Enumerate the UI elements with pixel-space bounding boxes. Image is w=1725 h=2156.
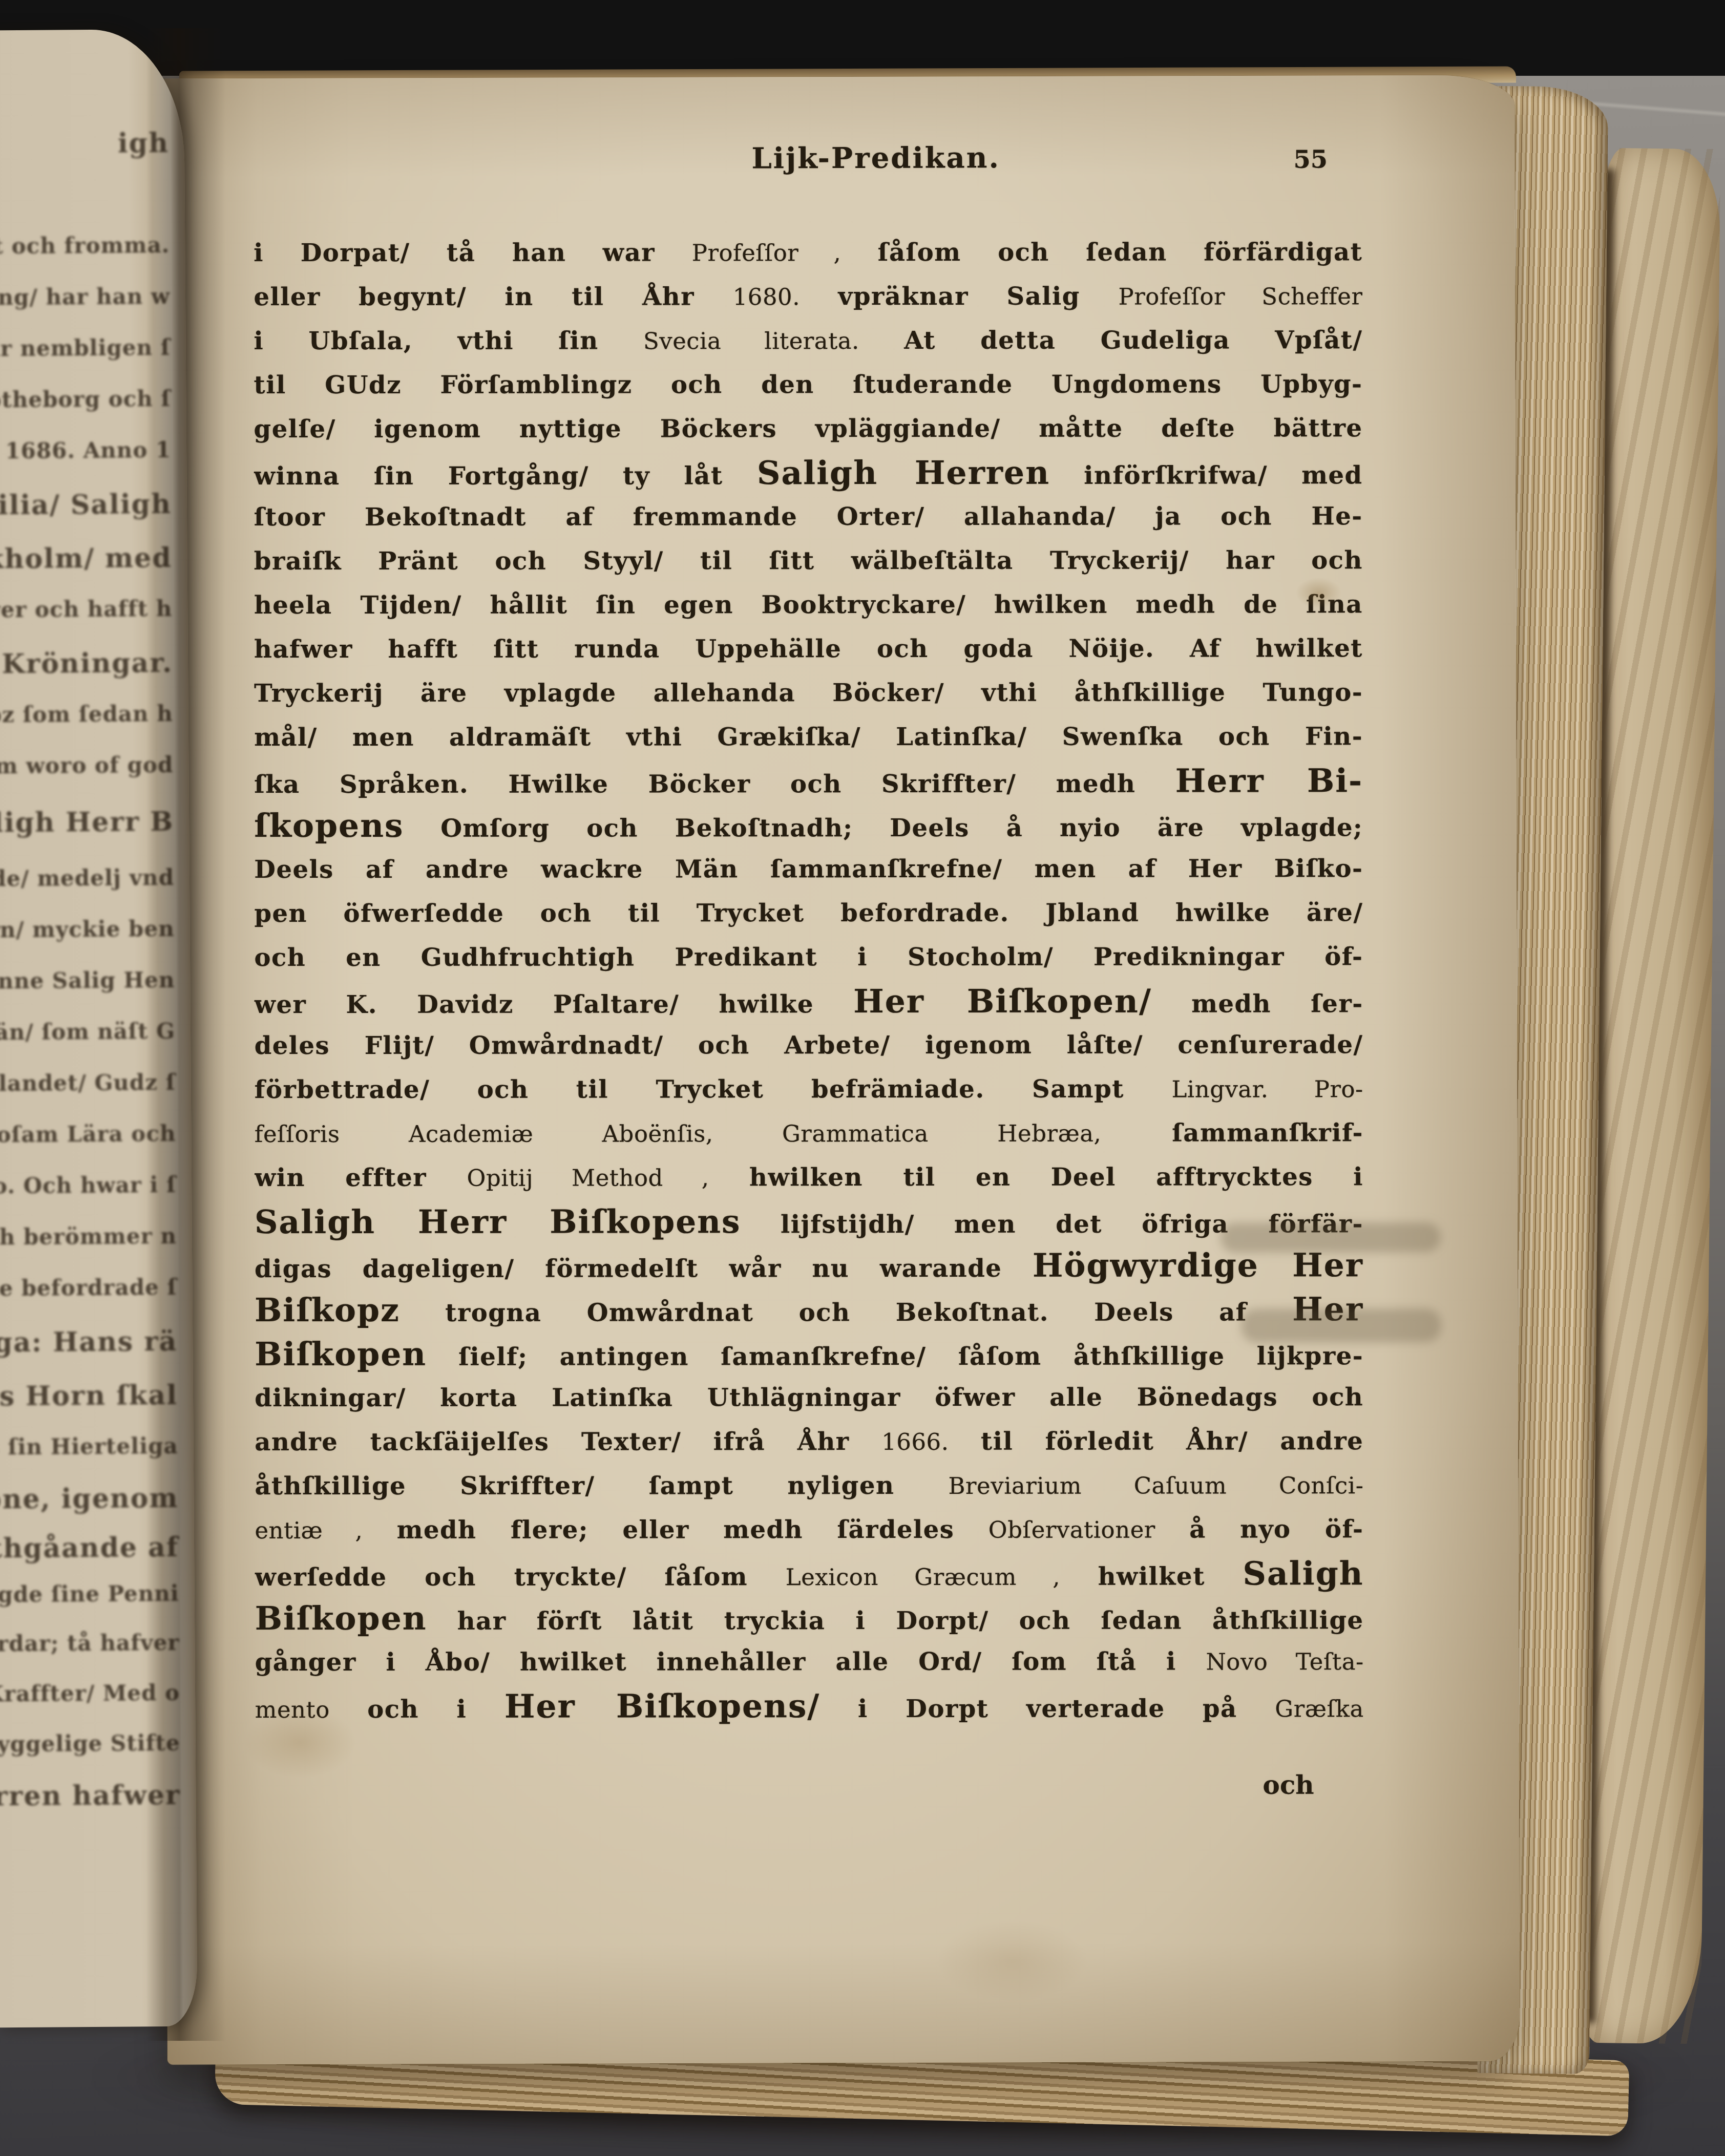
text-segment: til GUdz Förſamblingz och den ſtuderande… xyxy=(254,370,1362,399)
left-page-fragment: lla ſine Kraffter/ Med o xyxy=(0,1680,180,1707)
text-segment: vpräknar Salig xyxy=(800,282,1119,311)
left-page-fragment: och Vthgåande af xyxy=(0,1532,179,1565)
text-block: i Dorpat/ tå han war Profeſſor , ſåſom o… xyxy=(254,230,1364,1728)
text-line: i Ubſala, vthi ſin Svecia literata. At d… xyxy=(254,318,1362,363)
left-page-fragment: Befalning/ har han w xyxy=(0,284,170,311)
text-line: mål/ men aldramäſt vthi Grækiſka/ Latinſ… xyxy=(254,714,1363,759)
right-page: Lijk-Predikan. 55 i Dorpat/ tå han war P… xyxy=(162,75,1520,2065)
text-segment: och i xyxy=(330,1695,504,1724)
page-number: 55 xyxy=(1293,145,1328,174)
left-page-fragment: hans Horn ſkal xyxy=(0,1380,178,1412)
text-line: Biſkopz trogna Omwårdnat och Bekoſtnat. … xyxy=(255,1287,1363,1332)
text-segment: Biſkopen xyxy=(255,1335,427,1373)
running-header-title: Lijk-Predikan. xyxy=(751,141,1000,175)
text-line: til GUdz Förſamblingz och den ſtuderande… xyxy=(254,362,1362,407)
left-page-fragment: hafwa lagde ſine Penni xyxy=(0,1581,179,1608)
text-segment: medh ſer- xyxy=(1152,989,1363,1018)
text-segment: hwilken til en Deel afftrycktes i xyxy=(709,1162,1363,1192)
text-line: åthſkillige Skriffter/ ſampt nyligen Bre… xyxy=(255,1463,1363,1508)
text-line: ſkopens Omſorg och Bekoſtnadh; Deels å n… xyxy=(254,802,1363,848)
text-segment: ſka Språken. Hwilke Böcker och Skriffter… xyxy=(254,770,1175,799)
left-page-fragment: Martz wilia/ Saligh xyxy=(0,489,172,522)
text-line: deles Flijt/ Omwårdnadt/ och Arbete/ ige… xyxy=(255,1023,1363,1068)
left-page-fragment: 1682 och 1686. Anno 1 xyxy=(0,437,171,464)
text-segment: gelſe/ igenom nyttige Böckers vpläggiand… xyxy=(254,414,1363,443)
text-segment: Tryckerij äre vplagde allehanda Böcker/ … xyxy=(254,678,1363,708)
text-segment: At detta Gudeliga Vpſåt/ xyxy=(859,326,1363,355)
text-segment: til förledit Åhr/ andre xyxy=(949,1427,1363,1456)
text-segment: andre tackſäijelſes Texter/ ifrå Åhr xyxy=(255,1427,881,1456)
left-page-fragment: i Dorpz ſom ſedan h xyxy=(0,701,173,728)
left-page-fragment: HErradagar nembligen ſ xyxy=(0,335,171,362)
text-segment: dikningar/ korta Latinſka Uthlägningar ö… xyxy=(255,1383,1363,1412)
text-segment: entiæ , xyxy=(255,1517,363,1544)
text-segment: hwilket xyxy=(1060,1562,1243,1591)
text-segment: Omſorg och Bekoſtnadh; Deels å nyio äre … xyxy=(404,813,1363,843)
text-segment: pen öfwerſedde och til Trycket befordrad… xyxy=(254,898,1363,928)
left-page-fragment: Kongl. Kröningar. xyxy=(0,647,173,681)
text-segment: förbettrade/ och til Trycket befrämiade.… xyxy=(255,1075,1172,1105)
text-segment: Saligh xyxy=(1243,1554,1363,1592)
text-segment: eller begynt/ in til Åhr xyxy=(254,282,732,311)
text-segment: Breviarium Caſuum Conſci- xyxy=(948,1472,1363,1499)
text-segment: åthſkillige Skriffter/ ſampt nyligen xyxy=(255,1471,948,1500)
left-page-fragment: rs lämande/ medelj vnd xyxy=(0,865,174,892)
text-segment: trogna Omwårdnat och Bekoſtnat. Deels af xyxy=(400,1298,1292,1327)
text-line: digas dageligen/ förmedelſt wår nu waran… xyxy=(255,1243,1363,1288)
text-segment: gånger i Åbo/ hwilket innehåller alle Or… xyxy=(255,1647,1206,1677)
ink-bleedthrough xyxy=(1221,1222,1441,1253)
text-segment: braiſk Pränt och Styyl/ til ſitt wälbeſt… xyxy=(254,546,1363,576)
text-segment: digas dageligen/ förmedelſt wår nu waran… xyxy=(255,1254,1033,1283)
left-page-fragment: ligh Herren hafwer xyxy=(0,1780,181,1813)
text-line: feſſoris Academiæ Aboënſis, Grammatica H… xyxy=(255,1111,1363,1156)
text-line: gånger i Åbo/ hwilket innehåller alle Or… xyxy=(255,1639,1364,1684)
left-page-fragment: thi Stockholm/ med xyxy=(0,542,172,576)
text-segment: i Dorpt verterade på xyxy=(820,1694,1275,1723)
text-line: förbettrade/ och til Trycket befrämiade.… xyxy=(255,1067,1363,1112)
text-line: eller begynt/ in til Åhr 1680. vpräknar … xyxy=(254,274,1362,319)
text-segment: i Dorpat/ tå han war xyxy=(254,238,691,267)
text-line: och en Gudhfruchtigh Predikant i Stochol… xyxy=(254,935,1363,980)
text-line: heela Tijden/ hållit ſin egen Booktrycka… xyxy=(254,582,1363,627)
text-line: dikningar/ korta Latinſka Uthlägningar ö… xyxy=(255,1375,1363,1420)
text-segment: feſſoris Academiæ Aboënſis, Grammatica H… xyxy=(255,1120,1102,1148)
left-page-fragment: Han hafwer och hafft h xyxy=(0,596,172,623)
text-line: Deels af andre wackre Män ſammanſkrefne/… xyxy=(254,847,1363,892)
text-line: pen öfwerſedde och til Trycket befordrad… xyxy=(254,891,1363,936)
text-segment: har förſt låtit tryckia i Dorpt/ och ſed… xyxy=(427,1606,1364,1636)
text-segment: Biſkopz xyxy=(255,1291,400,1329)
left-page-fragment: rdar och berömmer n xyxy=(0,1223,177,1251)
text-line: winna ſin Fortgång/ ty låt Saligh Herren… xyxy=(254,450,1363,495)
text-segment: i Ubſala, vthi ſin xyxy=(254,326,643,355)
text-segment: medh flere; eller medh ſärdeles xyxy=(363,1515,988,1545)
text-line: braiſk Pränt och Styyl/ til ſitt wälbeſt… xyxy=(254,538,1363,583)
text-segment: mento xyxy=(255,1696,330,1723)
text-segment: Her Biſkopen/ xyxy=(853,982,1152,1021)
text-segment: mål/ men aldramäſt vthi Grækiſka/ Latinſ… xyxy=(254,722,1363,752)
left-page-fragment: komſt och fromma. xyxy=(0,232,170,259)
left-page-fragment: m Fattiga: Hans rä xyxy=(0,1326,177,1359)
text-line: Saligh Herr Biſkopens lijfstijdh/ men de… xyxy=(255,1199,1363,1244)
stain xyxy=(935,1920,1089,2002)
left-page-fragment: ch 1660. i Götheborg och ſ xyxy=(0,386,171,414)
text-segment: införſkrifwa/ med xyxy=(1050,461,1363,490)
text-line: andre tackſäijelſes Texter/ ifrå Åhr 166… xyxy=(255,1419,1363,1464)
text-segment: 1666. xyxy=(881,1428,949,1455)
text-segment: ſåſom och ſedan förfärdigat xyxy=(841,238,1362,267)
text-segment: Deels af andre wackre Män ſammanſkrefne/… xyxy=(254,854,1363,884)
text-segment: ſkopens xyxy=(254,807,404,844)
left-page-fragment: mſt oförtrutne befordrade ſ xyxy=(0,1275,177,1302)
book-photo: Lijk-Predikan. 55 i Dorpat/ tå han war P… xyxy=(0,0,1725,2156)
text-segment: Her Biſkopens/ xyxy=(504,1687,821,1725)
text-line: hafwer hafft ſitt runda Uppehälle och go… xyxy=(254,626,1363,671)
text-segment: Lingvar. Pro- xyxy=(1171,1075,1363,1103)
left-page-fragment: medh Helſoſam Lära och xyxy=(0,1121,176,1148)
left-page-fragment: idde i denne Salig Hen xyxy=(0,967,175,995)
text-segment: Biſkopen xyxy=(255,1599,427,1637)
text-segment: ſtoor Bekoſtnadt af fremmande Orter/ all… xyxy=(254,502,1363,532)
text-line: werſedde och tryckte/ ſåſom Lexicon Græc… xyxy=(255,1551,1364,1596)
text-segment: Profeſſor Scheffer xyxy=(1118,283,1362,310)
text-segment: win effter xyxy=(255,1164,467,1192)
left-page-text: ighkomſt och fromma.Befalning/ har han w… xyxy=(0,29,183,31)
text-segment: Opitij Method , xyxy=(467,1164,709,1191)
left-page-fragment: wackre Män/ ſom näſt G xyxy=(0,1019,175,1046)
text-line: gelſe/ igenom nyttige Böckers vpläggiand… xyxy=(254,406,1363,451)
text-segment: Profeſſor , xyxy=(692,239,842,266)
text-segment: Saligh Herr Biſkopens xyxy=(255,1202,741,1241)
text-line: i Dorpat/ tå han war Profeſſor , ſåſom o… xyxy=(254,230,1362,275)
text-segment: å nyo öf- xyxy=(1155,1515,1364,1544)
text-line: Biſkopen ſielf; antingen ſamanſkrefne/ ſ… xyxy=(255,1331,1363,1376)
left-page-fragment: h godo. Och hwar i ſ xyxy=(0,1172,176,1199)
left-page-fragment: Fäderneslandet/ Gudz ſ xyxy=(0,1070,176,1097)
text-segment: Saligh Herren xyxy=(757,454,1050,492)
text-line: win effter Opitij Method , hwilken til e… xyxy=(255,1155,1363,1200)
left-page-fragment: ſa och ſes ſin Hierteliga xyxy=(0,1433,178,1461)
left-page-fragment: och Gårdar; tå hafver xyxy=(0,1630,180,1657)
text-segment: Svecia literata. xyxy=(643,327,859,354)
text-segment: Novo Teſta- xyxy=(1206,1648,1363,1675)
left-page-fragment: igh xyxy=(118,128,169,159)
text-segment: deles Flijt/ Omwårdnadt/ och Arbete/ ige… xyxy=(255,1030,1363,1060)
text-segment: wer K. Davidz Pſaltare/ hwilke xyxy=(255,990,854,1019)
text-segment: Obſervationer xyxy=(988,1516,1155,1544)
left-page-fragment: ener ſom woro of god xyxy=(0,752,174,779)
left-page-fragment: er ſin Barn/ myckie ben xyxy=(0,916,175,943)
text-line: entiæ , medh flere; eller medh ſärdeles … xyxy=(255,1507,1363,1552)
text-line: mento och i Her Biſkopens/ i Dorpt verte… xyxy=(255,1683,1364,1728)
text-segment: och en Gudhfruchtigh Predikant i Stochol… xyxy=(254,942,1363,972)
left-page-fragment: Saligh Herr B xyxy=(0,806,174,839)
text-line: wer K. Davidz Pſaltare/ hwilke Her Biſko… xyxy=(255,979,1363,1024)
text-line: ſtoor Bekoſtnadt af fremmande Orter/ all… xyxy=(254,494,1363,539)
ink-bleedthrough xyxy=(1241,1308,1441,1343)
left-page-curled: ighkomſt och fromma.Befalning/ har han w… xyxy=(0,29,198,2028)
text-line: Biſkopen har förſt låtit tryckia i Dorpt… xyxy=(255,1595,1364,1640)
text-segment: hafwer hafft ſitt runda Uppehälle och go… xyxy=(254,634,1363,664)
text-segment: Herr Bi- xyxy=(1175,762,1363,799)
text-segment: heela Tijden/ hållit ſin egen Booktrycka… xyxy=(254,590,1363,620)
text-line: Tryckerij äre vplagde allehanda Böcker/ … xyxy=(254,670,1363,715)
text-line: ſka Språken. Hwilke Böcker och Skriffter… xyxy=(254,758,1363,804)
text-segment: Græſka xyxy=(1275,1695,1364,1722)
text-segment: Lexicon Græcum , xyxy=(786,1563,1060,1591)
text-segment: ſielf; antingen ſamanſkrefne/ ſåſom åthſ… xyxy=(427,1342,1363,1371)
text-segment: winna ſin Fortgång/ ty låt xyxy=(254,461,757,491)
catchword: och xyxy=(257,1769,1365,1803)
text-segment: ſammanſkrif- xyxy=(1101,1118,1363,1147)
left-page-fragment: och vpbyggelige Stifte xyxy=(0,1730,180,1758)
text-segment: werſedde och tryckte/ ſåſom xyxy=(255,1562,786,1592)
left-page-fragment: editione, igenom xyxy=(0,1483,179,1516)
text-segment: 1680. xyxy=(733,283,800,310)
